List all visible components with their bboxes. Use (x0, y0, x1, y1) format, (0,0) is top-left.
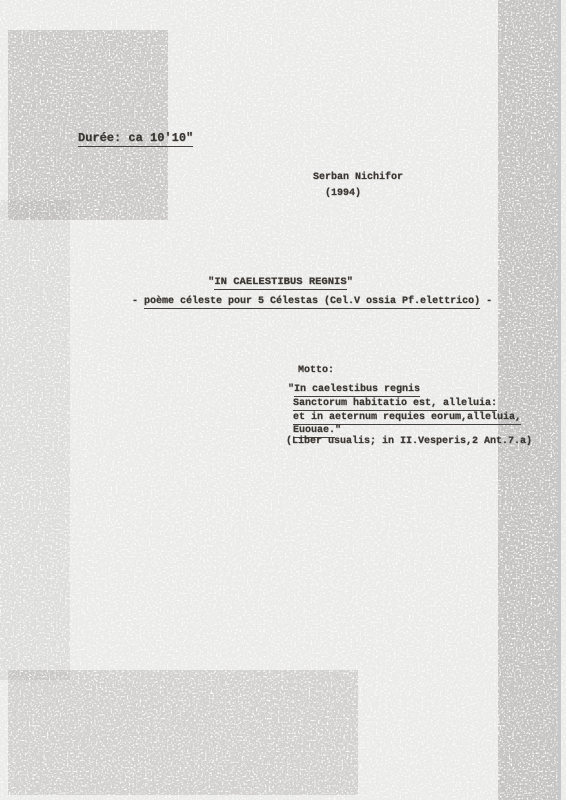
subtitle-text: poème céleste pour 5 Célestas (Cel.V oss… (144, 296, 480, 309)
title-close-quote: " (347, 276, 353, 288)
motto-line-text: In caelestibus regnis (294, 384, 420, 397)
motto-close-quote: " (335, 425, 341, 436)
motto-label: Motto: (298, 365, 334, 376)
composition-year: (1994) (325, 188, 361, 199)
motto-line: et in aeternum requies eorum,alleluia, (293, 412, 521, 423)
work-title: "IN CAELESTIBUS REGNIS" (208, 276, 353, 288)
work-subtitle: - poème céleste pour 5 Célestas (Cel.V o… (132, 296, 492, 307)
scanned-score-title-page: Durée: ca 10'10" Serban Nichifor (1994) … (0, 0, 566, 800)
duration-note: Durée: ca 10'10" (78, 131, 193, 145)
motto-line-text: Sanctorum habitatio est, alleluia: (293, 398, 497, 411)
motto-line: Euouae." (293, 425, 341, 436)
motto-source-citation: (Liber usualis; in II.Vesperis,2 Ant.7.a… (286, 436, 532, 447)
motto-line-text: et in aeternum requies eorum,alleluia, (293, 412, 521, 425)
subtitle-suffix: - (480, 296, 492, 307)
duration-text: Durée: ca 10'10" (78, 131, 193, 147)
scan-edge-line (558, 0, 561, 800)
motto-line: "In caelestibus regnis (288, 384, 420, 395)
subtitle-prefix: - (132, 296, 144, 307)
title-text: IN CAELESTIBUS REGNIS (214, 276, 346, 290)
composer-name: Serban Nichifor (313, 172, 403, 183)
motto-line: Sanctorum habitatio est, alleluia: (293, 398, 497, 409)
